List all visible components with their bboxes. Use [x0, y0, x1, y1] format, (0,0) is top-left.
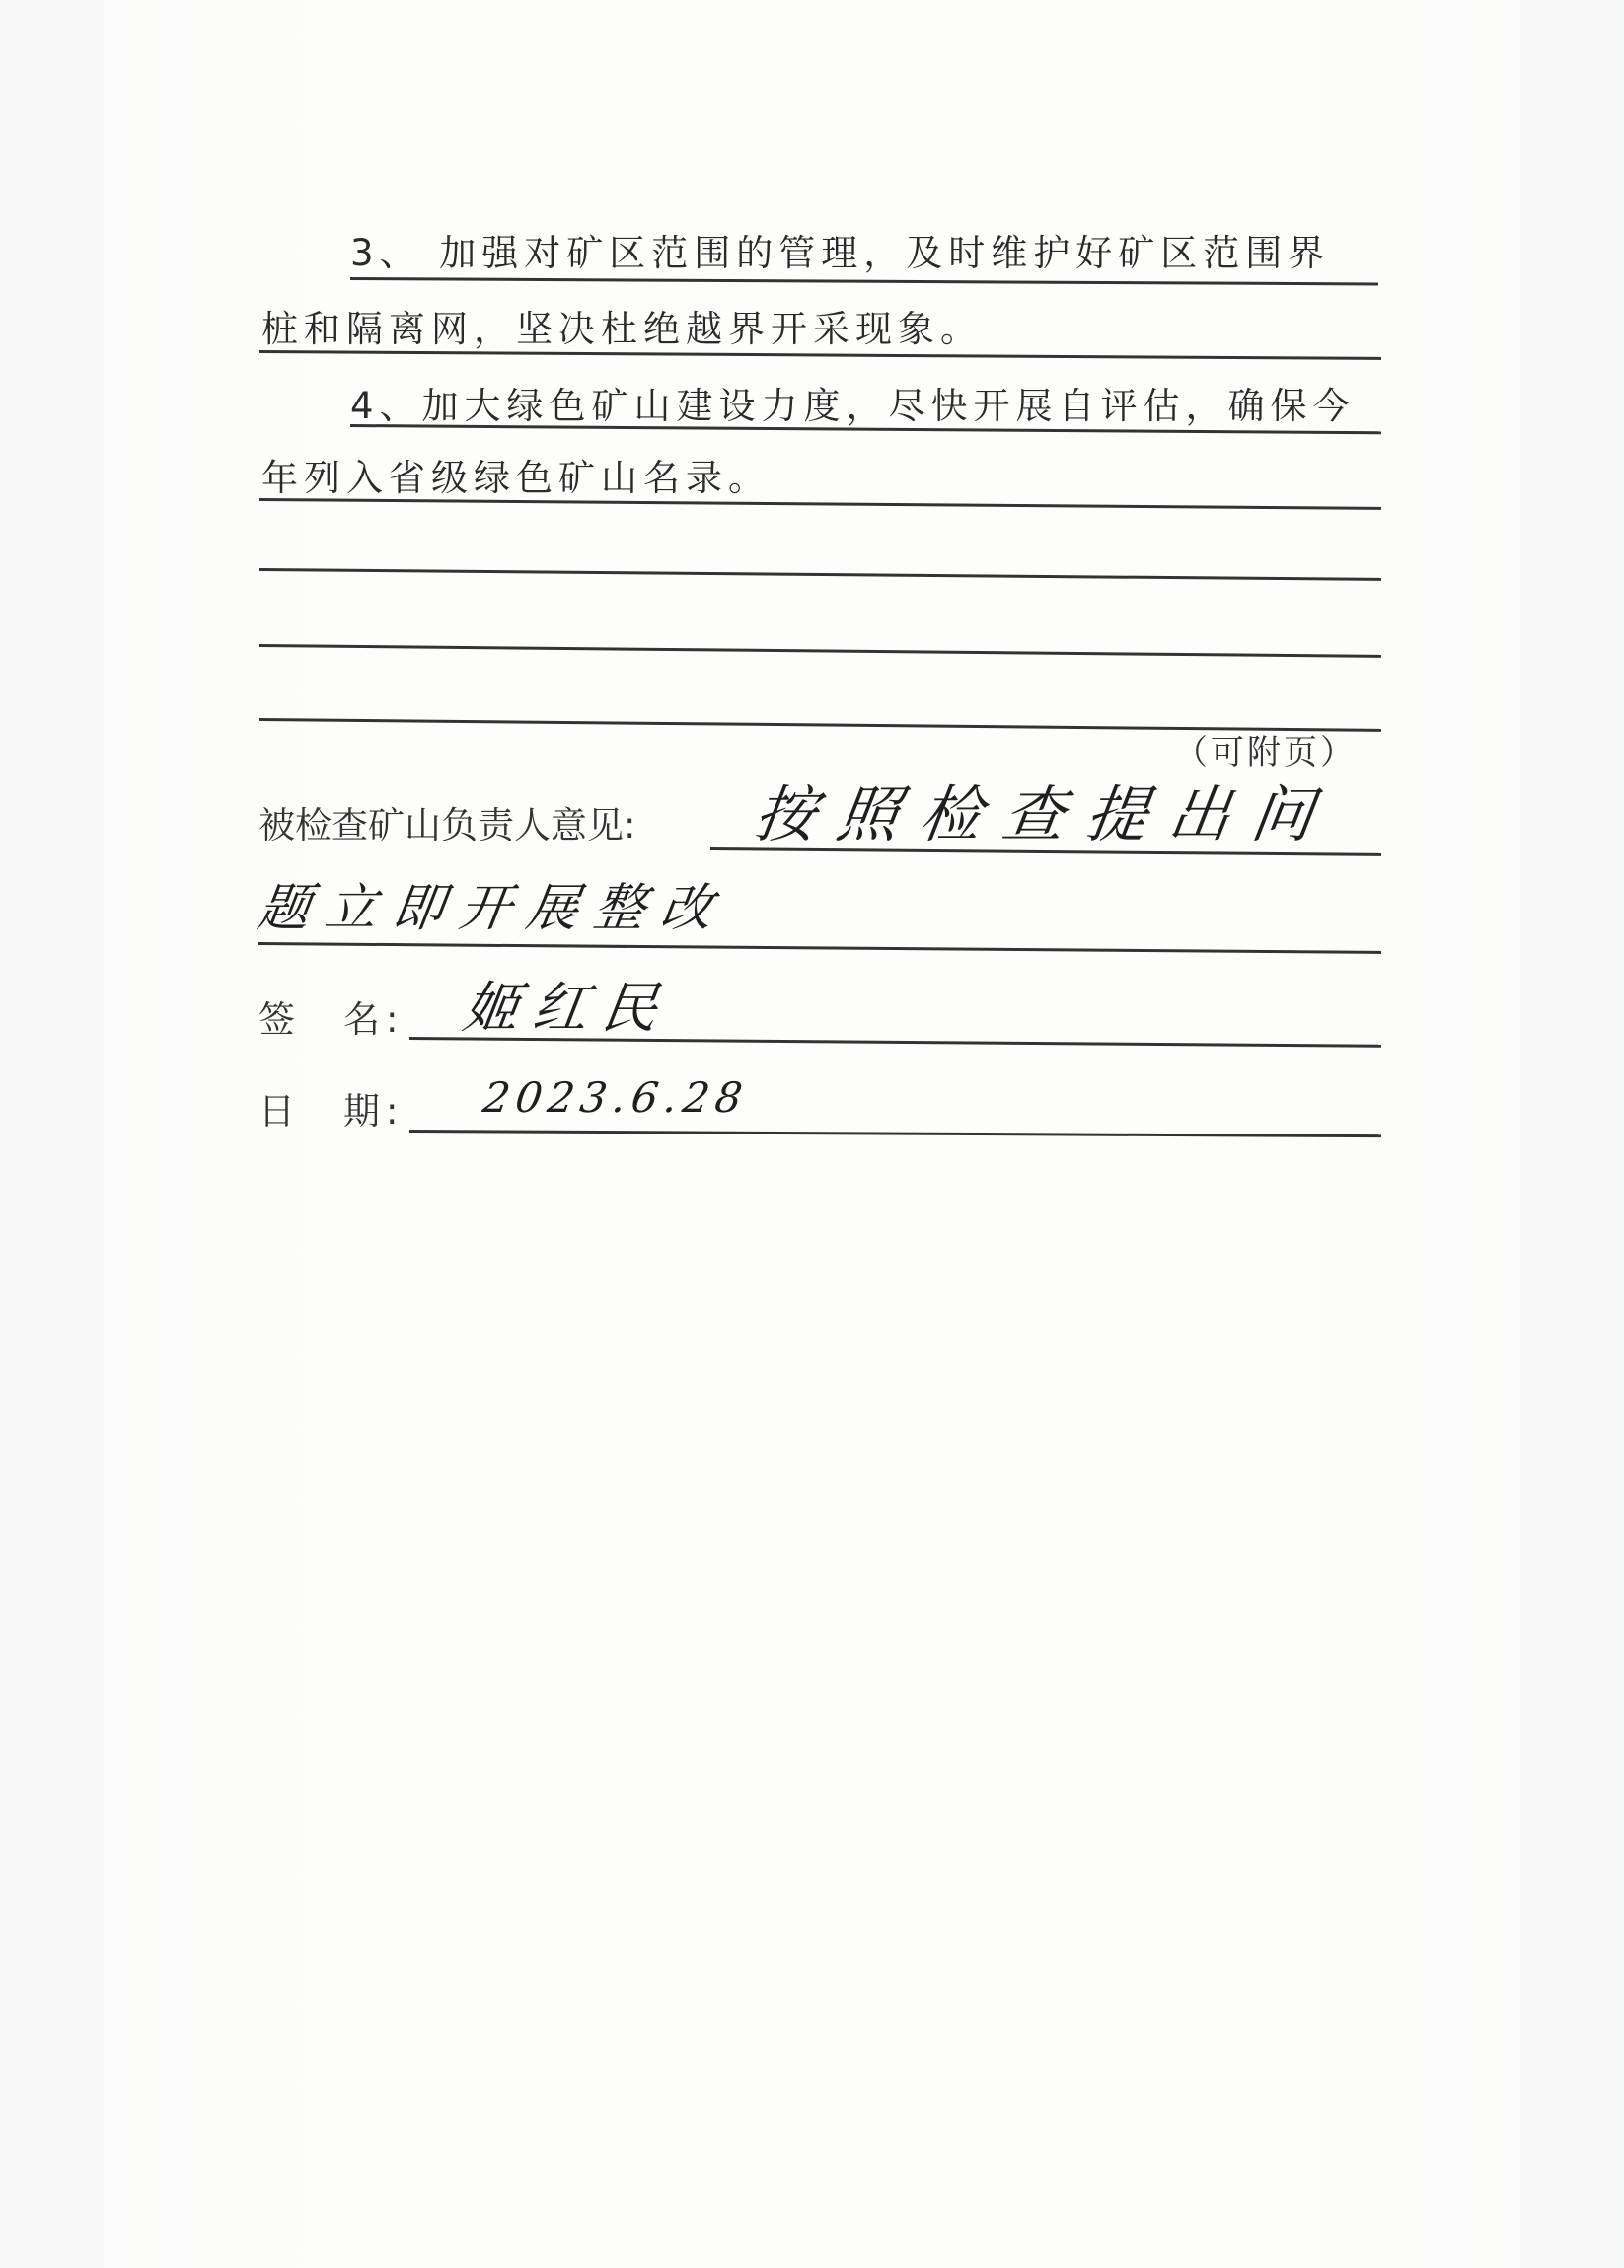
item-4-line-1: 4、加大绿色矿山建设力度，尽快开展自评估，确保今	[350, 388, 1356, 424]
underline	[259, 350, 1381, 360]
item-3-line-1: 3、 加强对矿区范围的管理，及时维护好矿区范围界	[350, 235, 1330, 271]
handwritten-signature: 姬红民	[460, 982, 675, 1037]
item-3-line-2: 桩和隔离网，坚决杜绝越界开采现象。	[261, 311, 983, 347]
blank-line	[259, 568, 1381, 581]
date-label: 日 期:	[258, 1093, 404, 1130]
handwritten-opinion-line-1: 按照检查提出问	[751, 784, 1340, 845]
handwritten-date: 2023.6.28	[480, 1077, 751, 1119]
document-page: 3、 加强对矿区范围的管理，及时维护好矿区范围界 桩和隔离网，坚决杜绝越界开采现…	[0, 0, 1624, 2268]
signature-underline	[409, 1037, 1381, 1048]
opinion-underline-2	[258, 942, 1381, 954]
handwritten-opinion-line-2: 题立即开展整改	[255, 883, 731, 934]
signature-label: 签 名:	[258, 1001, 404, 1038]
opinion-label: 被检查矿山负责人意见:	[258, 807, 635, 843]
blank-line	[259, 718, 1381, 732]
attachment-note: （可附页）	[1174, 736, 1357, 769]
underline	[350, 277, 1378, 285]
item-4-line-2: 年列入省级绿色矿山名录。	[261, 460, 771, 496]
date-underline	[409, 1130, 1381, 1137]
underline	[259, 498, 1381, 510]
blank-line	[259, 644, 1381, 658]
